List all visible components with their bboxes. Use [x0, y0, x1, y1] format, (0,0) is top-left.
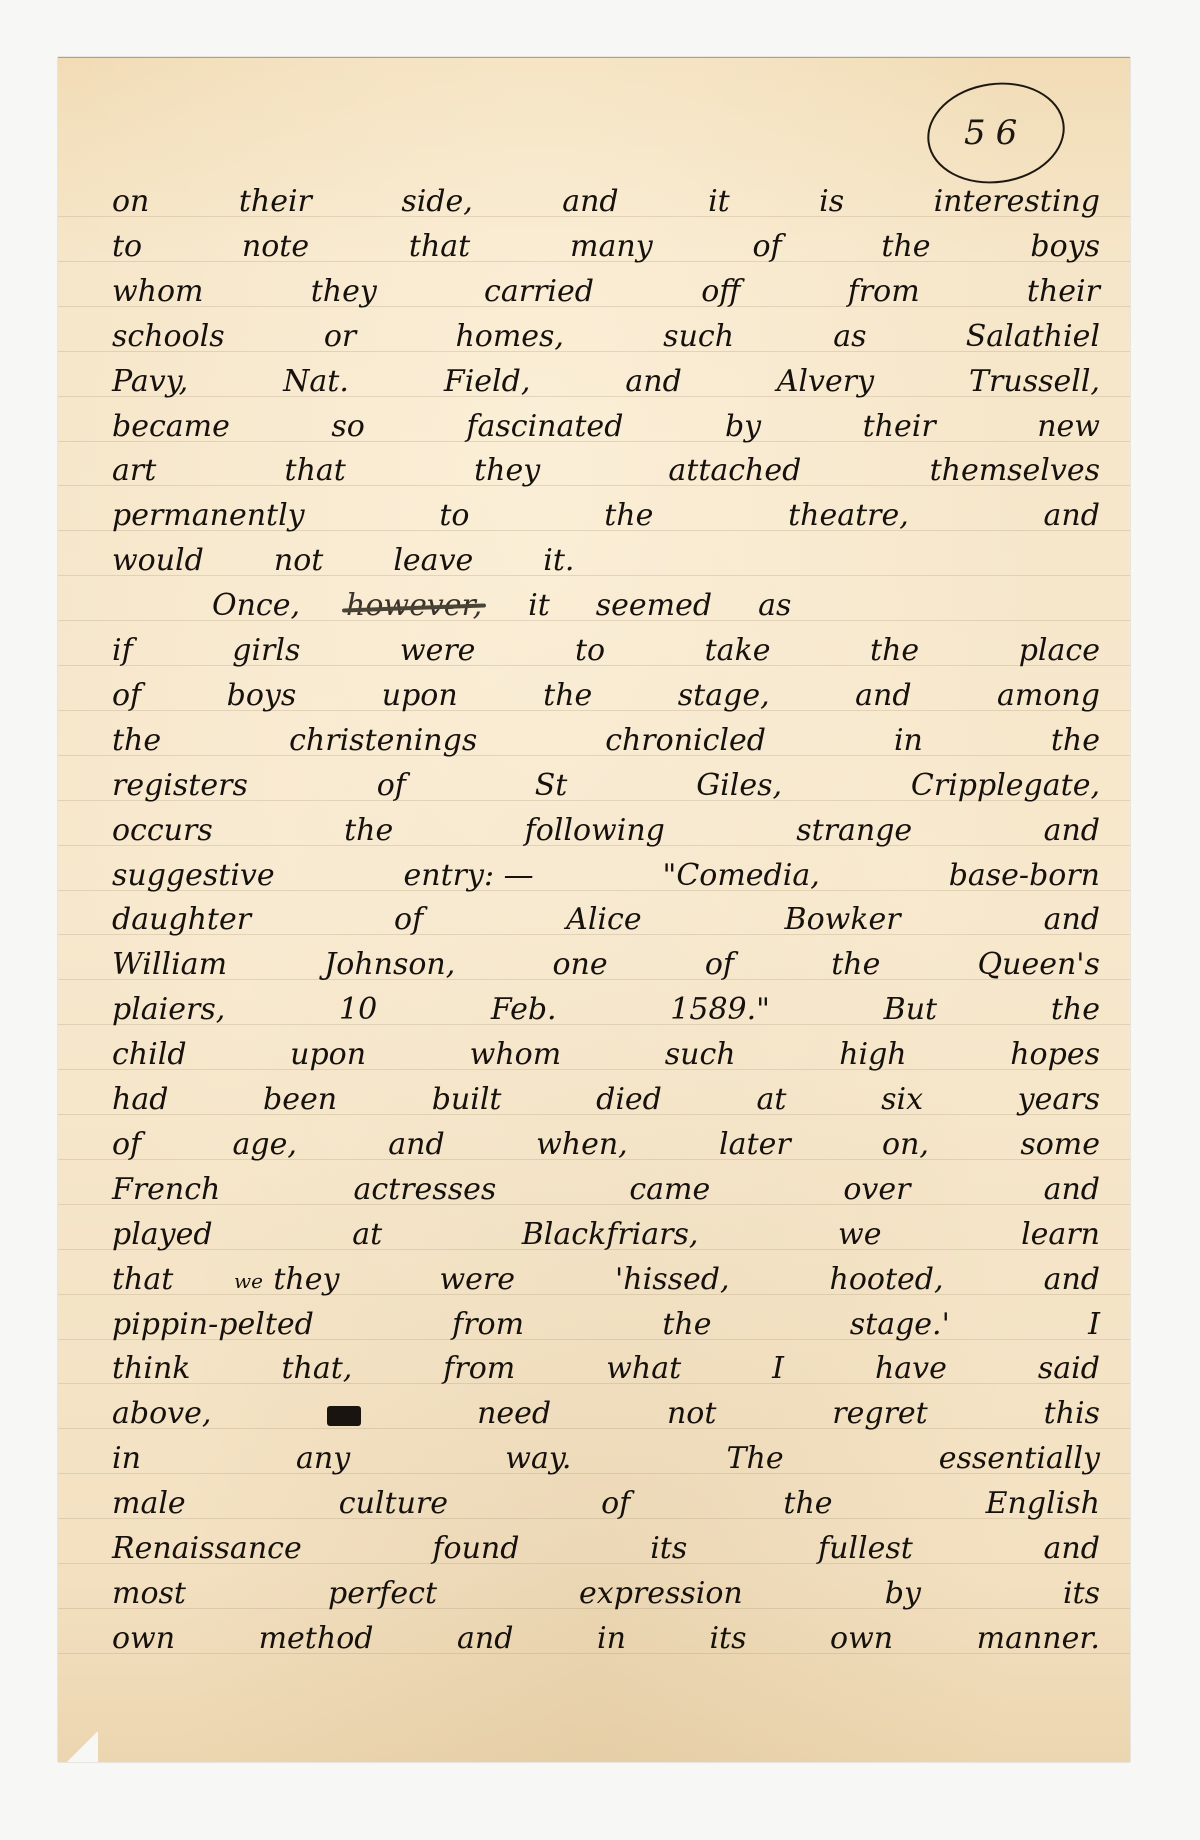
word: and [1044, 1172, 1100, 1208]
word: any [296, 1441, 350, 1477]
word: own [830, 1621, 893, 1657]
word: their [239, 184, 312, 220]
word: registers [112, 768, 248, 804]
word: pippin-pelted [112, 1307, 314, 1343]
word: would [112, 543, 204, 579]
word: essentially [939, 1441, 1100, 1477]
word: of [394, 902, 423, 938]
word: boys [1030, 229, 1100, 265]
manuscript-line: ontheirside,anditisinteresting [112, 176, 1100, 220]
word: William [112, 947, 227, 983]
word: by [885, 1576, 921, 1612]
word: have [875, 1351, 947, 1387]
page-number: 56 [964, 113, 1027, 153]
word: Queen's [978, 947, 1100, 983]
word: most [112, 1576, 186, 1612]
word: fullest [818, 1531, 913, 1567]
word: years [1018, 1082, 1100, 1118]
word: seemed [596, 588, 712, 624]
manuscript-line: Frenchactressescameoverand [112, 1164, 1100, 1208]
word: found [432, 1531, 519, 1567]
word: and [625, 364, 681, 400]
word: in [112, 1441, 141, 1477]
word: played [112, 1217, 213, 1253]
word: when, [536, 1127, 628, 1163]
word: Nat. [283, 364, 349, 400]
word: Salathiel [966, 319, 1100, 355]
word: it [708, 184, 730, 220]
ink-blot-struck-word [327, 1406, 361, 1426]
word: is [819, 184, 844, 220]
word: of [377, 768, 406, 804]
word: high [839, 1037, 906, 1073]
word: hopes [1010, 1037, 1100, 1073]
word: their [863, 409, 936, 445]
word: that [409, 229, 470, 265]
word: we [838, 1217, 881, 1253]
word: they [474, 453, 540, 489]
word: of [752, 229, 781, 265]
word: leave [393, 543, 473, 579]
word: and [1044, 902, 1100, 938]
word: if [112, 633, 133, 669]
word: plaiers, [112, 992, 225, 1028]
word: strange [796, 813, 912, 849]
word: and [457, 1621, 513, 1657]
word: their [1027, 274, 1100, 310]
word: own [112, 1621, 175, 1657]
word: entry: — [404, 858, 534, 894]
word: it [528, 588, 550, 624]
word: I [1088, 1307, 1100, 1343]
word: this [1044, 1396, 1100, 1432]
word: from [443, 1351, 515, 1387]
word: themselves [930, 453, 1100, 489]
word: later [719, 1127, 791, 1163]
word: the [662, 1307, 711, 1343]
manuscript-line: ownmethodandinitsownmanner. [112, 1613, 1100, 1657]
word: from [848, 274, 920, 310]
word: Feb. [491, 992, 557, 1028]
manuscript-line: Once,however,itseemedas [112, 580, 1100, 624]
word: hooted, [830, 1262, 944, 1298]
word: the [1051, 723, 1100, 759]
word: so [331, 409, 364, 445]
word: learn [1021, 1217, 1100, 1253]
word: and [388, 1127, 444, 1163]
word: new [1037, 409, 1100, 445]
word: Blackfriars, [522, 1217, 699, 1253]
word: 'hissed, [615, 1262, 729, 1298]
word: But [884, 992, 937, 1028]
word: died [596, 1082, 662, 1118]
word: its [709, 1621, 746, 1657]
word: Alvery [777, 364, 874, 400]
word: at [757, 1082, 787, 1118]
word: side, [401, 184, 472, 220]
word: expression [579, 1576, 743, 1612]
manuscript-line: ifgirlsweretotaketheplace [112, 625, 1100, 669]
word: and [1044, 498, 1100, 534]
word: 1589." [670, 992, 770, 1028]
word: not [667, 1396, 716, 1432]
manuscript-line: suggestiveentry: —"Comedia,base-born [112, 850, 1100, 894]
word: by [725, 409, 761, 445]
word: that, [281, 1351, 352, 1387]
word: and [1044, 1262, 1100, 1298]
word: of [601, 1486, 630, 1522]
manuscript-line: thinkthat,fromwhatIhavesaid [112, 1343, 1100, 1387]
word: on, [882, 1127, 929, 1163]
word: Pavy, [112, 364, 188, 400]
word: fascinated [466, 409, 623, 445]
manuscript-line: above,neednotregretthis [112, 1388, 1100, 1432]
word: occurs [112, 813, 213, 849]
word: the [783, 1486, 832, 1522]
word: six [881, 1082, 923, 1118]
manuscript-line: occursthefollowingstrangeand [112, 805, 1100, 849]
manuscript-line: becamesofascinatedbytheirnew [112, 401, 1100, 445]
word: Field, [444, 364, 531, 400]
word: suggestive [112, 858, 275, 894]
word: theatre, [788, 498, 909, 534]
manuscript-line: whomtheycarriedofffromtheir [112, 266, 1100, 310]
word: the [604, 498, 653, 534]
word: the [1051, 992, 1100, 1028]
word: actresses [353, 1172, 496, 1208]
word: Once, [212, 588, 300, 624]
word: Renaissance [112, 1531, 302, 1567]
word: and [562, 184, 618, 220]
manuscript-line: Renaissancefounditsfullestand [112, 1523, 1100, 1567]
word: take [705, 633, 771, 669]
word: some [1020, 1127, 1100, 1163]
word: they [273, 1262, 339, 1298]
word: French [112, 1172, 220, 1208]
word: upon [290, 1037, 366, 1073]
torn-corner [58, 1732, 98, 1762]
word: one [552, 947, 607, 983]
manuscript-line: malecultureoftheEnglish [112, 1478, 1100, 1522]
word: base-born [949, 858, 1100, 894]
word: were [439, 1262, 515, 1298]
manuscript-line: schoolsorhomes,suchasSalathiel [112, 311, 1100, 355]
word: permanently [112, 498, 305, 534]
manuscript-line: plaiers,10Feb.1589."Butthe [112, 984, 1100, 1028]
word: of [112, 1127, 141, 1163]
word: above, [112, 1396, 211, 1432]
word: that [112, 1262, 173, 1298]
word: St [535, 768, 568, 804]
word: the [543, 678, 592, 714]
word: manner. [977, 1621, 1100, 1657]
word: way. [505, 1441, 571, 1477]
manuscript-line: thechristeningschronicledinthe [112, 715, 1100, 759]
word: on [112, 184, 149, 220]
word: homes, [455, 319, 564, 355]
struck-word: however, [346, 588, 482, 624]
word: perfect [328, 1576, 437, 1612]
word: to [112, 229, 142, 265]
word: whom [470, 1037, 562, 1073]
word: were [400, 633, 476, 669]
word: I [772, 1351, 784, 1387]
word: been [263, 1082, 337, 1118]
word: the [112, 723, 161, 759]
word: its [1063, 1576, 1100, 1612]
word: following [525, 813, 665, 849]
manuscript-line: registersofStGiles,Cripplegate, [112, 760, 1100, 804]
word: they [311, 274, 377, 310]
word: attached [668, 453, 801, 489]
word: such [663, 319, 734, 355]
manuscript-line: inanyway.Theessentially [112, 1433, 1100, 1477]
word: and [855, 678, 911, 714]
word: Trussell, [969, 364, 1100, 400]
word: the [881, 229, 930, 265]
word: Johnson, [324, 947, 455, 983]
word: from [452, 1307, 524, 1343]
word: chronicled [605, 723, 766, 759]
word: its [650, 1531, 687, 1567]
word: daughter [112, 902, 251, 938]
interlinear-insertion: we [234, 1269, 263, 1293]
manuscript-line: ofboysuponthestage,andamong [112, 670, 1100, 714]
word: in [597, 1621, 626, 1657]
word: male [112, 1486, 186, 1522]
manuscript-line: ofage,andwhen,lateron,some [112, 1119, 1100, 1163]
word: Alice [566, 902, 641, 938]
word: many [570, 229, 653, 265]
word: not [274, 543, 323, 579]
word: the [870, 633, 919, 669]
word: and [1044, 813, 1100, 849]
word: English [986, 1486, 1100, 1522]
word: stage.' [850, 1307, 950, 1343]
word: to [439, 498, 469, 534]
manuscript-line: playedatBlackfriars,welearn [112, 1209, 1100, 1253]
word: boys [227, 678, 297, 714]
word: of [705, 947, 734, 983]
word: christenings [289, 723, 477, 759]
manuscript-line: childuponwhomsuchhighhopes [112, 1029, 1100, 1073]
word: came [629, 1172, 710, 1208]
word: whom [112, 274, 204, 310]
manuscript-line: pippin-peltedfromthestage.'I [112, 1299, 1100, 1343]
page-number-circle: 56 [921, 74, 1072, 192]
word: what [606, 1351, 681, 1387]
word: Cripplegate, [911, 768, 1100, 804]
word: age, [233, 1127, 297, 1163]
word: of [112, 678, 141, 714]
word: and [1044, 1531, 1100, 1567]
word: child [112, 1037, 187, 1073]
manuscript-line: Pavy,Nat.Field,andAlveryTrussell, [112, 356, 1100, 400]
word: carried [484, 274, 594, 310]
word: Giles, [696, 768, 782, 804]
word: or [324, 319, 356, 355]
manuscript-line: WilliamJohnson,oneoftheQueen's [112, 939, 1100, 983]
word: culture [339, 1486, 448, 1522]
word: to [575, 633, 605, 669]
word: 10 [339, 992, 377, 1028]
word: at [352, 1217, 382, 1253]
word: The [726, 1441, 783, 1477]
word: such [665, 1037, 736, 1073]
word: the [831, 947, 880, 983]
word: had [112, 1082, 168, 1118]
word: said [1038, 1351, 1100, 1387]
word: the [344, 813, 393, 849]
word: "Comedia, [663, 858, 820, 894]
word: interesting [934, 184, 1100, 220]
word: as [833, 319, 866, 355]
word: that [285, 453, 346, 489]
word: off [701, 274, 740, 310]
word: stage, [678, 678, 770, 714]
manuscript-line: mostperfectexpressionbyits [112, 1568, 1100, 1612]
word: in [894, 723, 923, 759]
manuscript-line: tonotethatmanyoftheboys [112, 221, 1100, 265]
manuscript-page: 56 ontheirside,anditisinterestingtonotet… [58, 57, 1130, 1762]
word: art [112, 453, 156, 489]
word: built [432, 1082, 502, 1118]
word: became [112, 409, 230, 445]
word: as [758, 588, 791, 624]
manuscript-line: daughterofAliceBowkerand [112, 894, 1100, 938]
word: note [242, 229, 309, 265]
manuscript-line: wouldnotleaveit. [112, 535, 1100, 579]
word: method [259, 1621, 374, 1657]
word: Bowker [785, 902, 901, 938]
word: need [477, 1396, 551, 1432]
word: girls [232, 633, 300, 669]
word: it. [543, 543, 574, 579]
word: among [997, 678, 1100, 714]
word: place [1019, 633, 1100, 669]
word: regret [832, 1396, 927, 1432]
word: over [843, 1172, 910, 1208]
word: schools [112, 319, 225, 355]
word: think [112, 1351, 190, 1387]
manuscript-line: permanentlytothetheatre,and [112, 490, 1100, 534]
manuscript-line: hadbeenbuiltdiedatsixyears [112, 1074, 1100, 1118]
word: upon [382, 678, 458, 714]
manuscript-line: artthattheyattachedthemselves [112, 445, 1100, 489]
